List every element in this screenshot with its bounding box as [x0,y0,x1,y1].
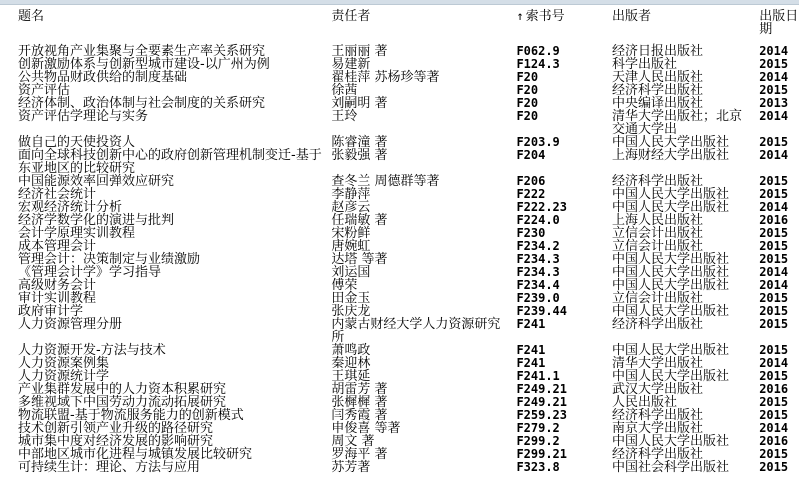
cell-title[interactable]: 人力资源管理分册 [18,318,331,331]
column-header-author[interactable]: 责任者 [331,10,508,23]
cell-callno: F204 [516,149,612,162]
cell-publisher: 经济科学出版社 [612,318,751,331]
cell-year: 2014 [759,149,799,162]
table-row[interactable]: 人力资源管理分册 内蒙古财经大学人力资源研究所 F241 经济科学出版社 201… [0,318,799,344]
column-header-publisher-label: 出版者 [612,9,651,24]
table-row[interactable]: 可持续生计：理论、方法与应用 苏芳著 F323.8 中国社会科学出版社 2015 [0,461,799,474]
cell-publisher: 清华大学出版社；北京交通大学出 [612,110,751,136]
sort-ascending-icon: ↑ [516,10,523,23]
cell-publisher: 上海财经大学出版社 [612,149,751,162]
cell-author: 内蒙古财经大学人力资源研究所 [331,318,508,344]
catalog-results-page: 题名 责任者 ↑索书号 出版者 出版日期 开放视角产业集聚与全要素生产率关系研究… [0,0,799,477]
cell-publisher: 中国社会科学出版社 [612,461,751,474]
column-header-callno-label: 索书号 [526,9,565,24]
cell-callno: F323.8 [516,461,612,474]
cell-year: 2015 [759,318,799,331]
cell-title[interactable]: 可持续生计：理论、方法与应用 [18,461,331,474]
cell-author: 张毅强 著 [331,149,508,162]
column-header-date[interactable]: 出版日期 [759,10,799,36]
column-header-callno[interactable]: ↑索书号 [516,10,612,23]
cell-title[interactable]: 资产评估学理论与实务 [18,110,331,123]
cell-year: 2014 [759,110,799,123]
table-row[interactable]: 面向全球科技创新中心的政府创新管理机制变迁-基于东亚地区的比较研究 张毅强 著 … [0,149,799,175]
table-header-row: 题名 责任者 ↑索书号 出版者 出版日期 [0,10,799,36]
cell-callno: F241 [516,318,612,331]
cell-title[interactable]: 面向全球科技创新中心的政府创新管理机制变迁-基于东亚地区的比较研究 [18,149,331,175]
results-table-body: 开放视角产业集聚与全要素生产率关系研究 王丽丽 著 F062.9 经济日报出版社… [0,45,799,474]
top-divider-bar [0,0,799,5]
column-header-title-label: 题名 [18,9,44,24]
cell-author: 刘运国 [331,266,508,279]
column-header-publisher[interactable]: 出版者 [612,10,751,23]
table-row[interactable]: 资产评估学理论与实务 王玲 F20 清华大学出版社；北京交通大学出 2014 [0,110,799,136]
cell-author: 翟桂萍 苏杨珍等著 [331,71,508,84]
column-header-title[interactable]: 题名 [18,10,331,23]
cell-year: 2015 [759,461,799,474]
cell-author: 苏芳著 [331,461,508,474]
cell-author: 刘嗣明 著 [331,97,508,110]
cell-callno: F20 [516,110,612,123]
column-header-date-label: 出版日期 [759,9,798,37]
column-header-author-label: 责任者 [331,9,370,24]
cell-author: 王玲 [331,110,508,123]
